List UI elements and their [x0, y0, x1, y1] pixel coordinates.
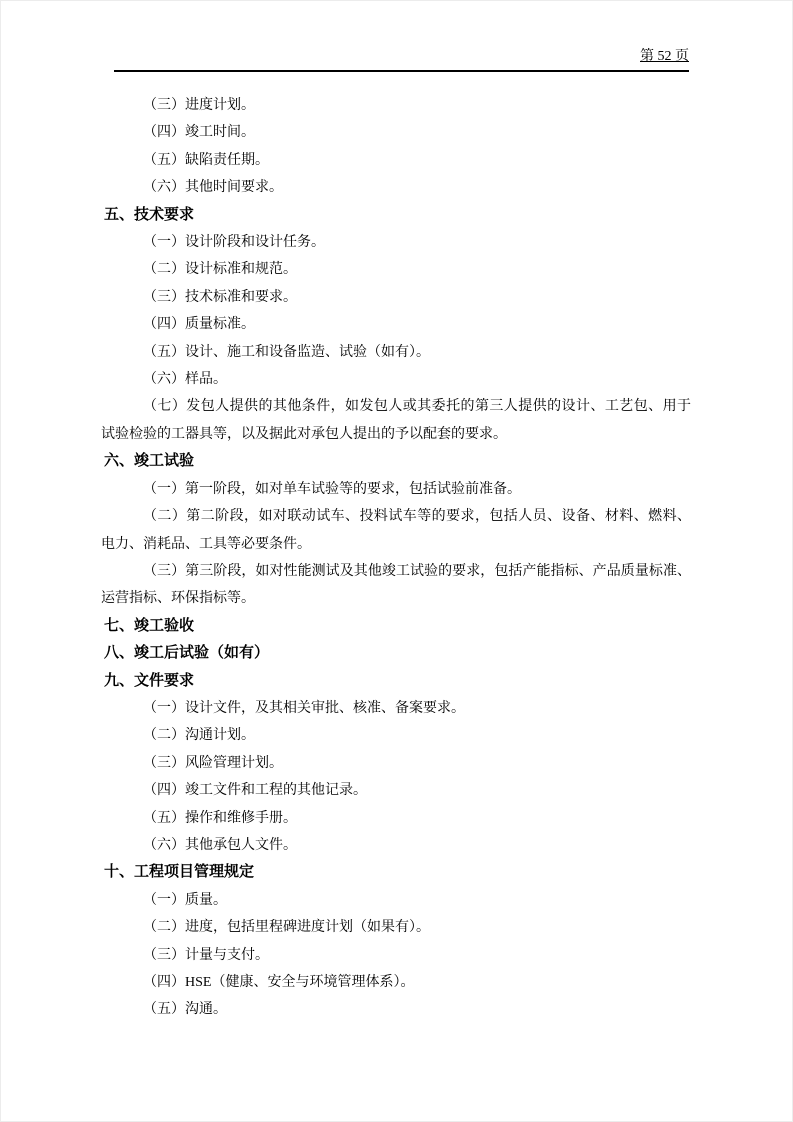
text-line: （七）发包人提供的其他条件，如发包人或其委托的第三人提供的设计、工艺包、用于 — [101, 393, 691, 420]
list-item: （六）其他承包人文件。 — [101, 832, 691, 859]
list-item: （二）设计标准和规范。 — [101, 256, 691, 283]
text-line: （二）沟通计划。 — [101, 722, 691, 749]
list-item: （六）样品。 — [101, 366, 691, 393]
document-body: （三）进度计划。（四）竣工时间。（五）缺陷责任期。（六）其他时间要求。五、技术要… — [101, 92, 691, 1024]
list-item: （四）竣工文件和工程的其他记录。 — [101, 777, 691, 804]
document-page: 第 52 页 （三）进度计划。（四）竣工时间。（五）缺陷责任期。（六）其他时间要… — [0, 0, 793, 1122]
list-item: （二）沟通计划。 — [101, 722, 691, 749]
text-line: （一）设计阶段和设计任务。 — [101, 229, 691, 256]
list-item: （六）其他时间要求。 — [101, 174, 691, 201]
text-line: （五）操作和维修手册。 — [101, 805, 691, 832]
list-item: （三）第三阶段，如对性能测试及其他竣工试验的要求，包括产能指标、产品质量标准、运… — [101, 558, 691, 613]
section-heading: 五、技术要求 — [101, 202, 691, 229]
text-line: 试验检验的工器具等，以及据此对承包人提出的予以配套的要求。 — [101, 421, 691, 448]
text-line: 七、竣工验收 — [101, 613, 691, 640]
section-heading: 七、竣工验收 — [101, 613, 691, 640]
list-item: （五）操作和维修手册。 — [101, 805, 691, 832]
list-item: （二）进度，包括里程碑进度计划（如果有）。 — [101, 914, 691, 941]
text-line: 十、工程项目管理规定 — [101, 859, 691, 886]
list-item: （四）竣工时间。 — [101, 119, 691, 146]
list-item: （四）HSE（健康、安全与环境管理体系）。 — [101, 969, 691, 996]
text-line: （三）技术标准和要求。 — [101, 284, 691, 311]
list-item: （三）风险管理计划。 — [101, 750, 691, 777]
list-item: （二）第二阶段，如对联动试车、投料试车等的要求，包括人员、设备、材料、燃料、电力… — [101, 503, 691, 558]
page-number: 第 52 页 — [640, 49, 689, 65]
section-heading: 八、竣工后试验（如有） — [101, 640, 691, 667]
list-item: （三）技术标准和要求。 — [101, 284, 691, 311]
text-line: （五）沟通。 — [101, 996, 691, 1023]
text-line: （三）第三阶段，如对性能测试及其他竣工试验的要求，包括产能指标、产品质量标准、 — [101, 558, 691, 585]
list-item: （七）发包人提供的其他条件，如发包人或其委托的第三人提供的设计、工艺包、用于试验… — [101, 393, 691, 448]
text-line: （四）HSE（健康、安全与环境管理体系）。 — [101, 969, 691, 996]
text-line: （五）设计、施工和设备监造、试验（如有）。 — [101, 339, 691, 366]
list-item: （五）缺陷责任期。 — [101, 147, 691, 174]
list-item: （一）第一阶段，如对单车试验等的要求，包括试验前准备。 — [101, 476, 691, 503]
text-line: （二）第二阶段，如对联动试车、投料试车等的要求，包括人员、设备、材料、燃料、 — [101, 503, 691, 530]
text-line: （一）设计文件，及其相关审批、核准、备案要求。 — [101, 695, 691, 722]
section-heading: 九、文件要求 — [101, 668, 691, 695]
text-line: （二）进度，包括里程碑进度计划（如果有）。 — [101, 914, 691, 941]
list-item: （三）计量与支付。 — [101, 942, 691, 969]
text-line: （二）设计标准和规范。 — [101, 256, 691, 283]
list-item: （五）沟通。 — [101, 996, 691, 1023]
list-item: （一）设计文件，及其相关审批、核准、备案要求。 — [101, 695, 691, 722]
section-heading: 十、工程项目管理规定 — [101, 859, 691, 886]
text-line: （四）竣工文件和工程的其他记录。 — [101, 777, 691, 804]
text-line: （四）质量标准。 — [101, 311, 691, 338]
text-line: （一）质量。 — [101, 887, 691, 914]
text-line: （六）其他时间要求。 — [101, 174, 691, 201]
text-line: （六）其他承包人文件。 — [101, 832, 691, 859]
text-line: 六、竣工试验 — [101, 448, 691, 475]
header-divider — [114, 70, 689, 72]
list-item: （一）质量。 — [101, 887, 691, 914]
text-line: 八、竣工后试验（如有） — [101, 640, 691, 667]
text-line: 九、文件要求 — [101, 668, 691, 695]
list-item: （三）进度计划。 — [101, 92, 691, 119]
text-line: 运营指标、环保指标等。 — [101, 585, 691, 612]
list-item: （五）设计、施工和设备监造、试验（如有）。 — [101, 339, 691, 366]
text-line: （三）计量与支付。 — [101, 942, 691, 969]
text-line: 电力、消耗品、工具等必要条件。 — [101, 531, 691, 558]
list-item: （四）质量标准。 — [101, 311, 691, 338]
text-line: （一）第一阶段，如对单车试验等的要求，包括试验前准备。 — [101, 476, 691, 503]
text-line: （三）风险管理计划。 — [101, 750, 691, 777]
text-line: 五、技术要求 — [101, 202, 691, 229]
text-line: （三）进度计划。 — [101, 92, 691, 119]
text-line: （四）竣工时间。 — [101, 119, 691, 146]
list-item: （一）设计阶段和设计任务。 — [101, 229, 691, 256]
text-line: （六）样品。 — [101, 366, 691, 393]
text-line: （五）缺陷责任期。 — [101, 147, 691, 174]
section-heading: 六、竣工试验 — [101, 448, 691, 475]
